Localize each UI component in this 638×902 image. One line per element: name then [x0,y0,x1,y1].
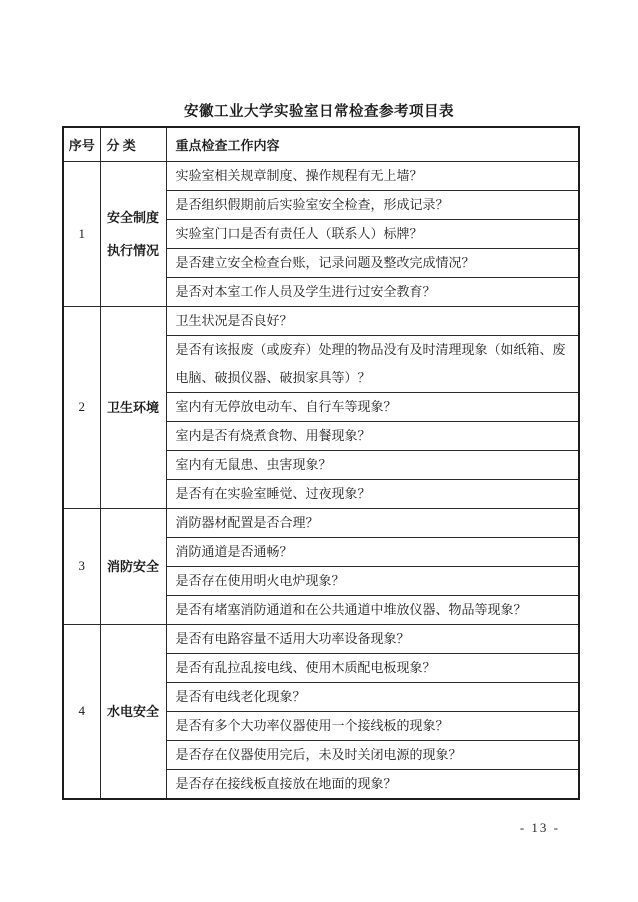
column-header-category: 分 类 [100,127,166,161]
section-number: 1 [63,161,100,306]
inspection-table: 序号 分 类 重点检查工作内容 1安全制度执行情况实验室相关规章制度、操作规程有… [62,126,580,800]
inspection-item: 是否有该报废（或废弃）处理的物品没有及时清理现象（如纸箱、废电脑、破损仪器、破损… [166,335,579,392]
section-number: 4 [63,624,100,799]
page-title: 安徽工业大学实验室日常检查参考项目表 [0,100,638,121]
section-number: 3 [63,508,100,624]
inspection-item: 室内有无停放电动车、自行车等现象？ [166,392,579,421]
page-number: - 13 - [520,820,560,836]
inspection-item: 室内是否有烧煮食物、用餐现象？ [166,421,579,450]
inspection-item: 是否有电路容量不适用大功率设备现象？ [166,624,579,653]
column-header-number: 序号 [63,127,100,161]
inspection-item: 消防通道是否通畅？ [166,537,579,566]
table-row: 3消防安全消防器材配置是否合理？ [63,508,579,537]
section-category: 消防安全 [100,508,166,624]
inspection-item: 是否对本室工作人员及学生进行过安全教育？ [166,277,579,306]
table-body: 1安全制度执行情况实验室相关规章制度、操作规程有无上墙？是否组织假期前后实验室安… [63,161,579,799]
inspection-item: 是否存在使用明火电炉现象？ [166,566,579,595]
inspection-item: 是否有乱拉乱接电线、使用木质配电板现象？ [166,653,579,682]
inspection-item: 是否有多个大功率仪器使用一个接线板的现象？ [166,711,579,740]
inspection-item: 实验室相关规章制度、操作规程有无上墙？ [166,161,579,190]
table-row: 2卫生环境卫生状况是否良好？ [63,306,579,335]
document-page: 安徽工业大学实验室日常检查参考项目表 序号 分 类 重点检查工作内容 1安全制度… [0,0,638,902]
inspection-item: 是否有堵塞消防通道和在公共通道中堆放仪器、物品等现象？ [166,595,579,624]
table-row: 1安全制度执行情况实验室相关规章制度、操作规程有无上墙？ [63,161,579,190]
inspection-item: 是否有在实验室睡觉、过夜现象？ [166,479,579,508]
inspection-item: 是否存在接线板直接放在地面的现象？ [166,769,579,799]
inspection-item: 是否组织假期前后实验室安全检查，形成记录？ [166,190,579,219]
inspection-item: 室内有无鼠患、虫害现象？ [166,450,579,479]
inspection-item: 实验室门口是否有责任人（联系人）标牌？ [166,219,579,248]
inspection-item: 是否建立安全检查台账，记录问题及整改完成情况？ [166,248,579,277]
table-header-row: 序号 分 类 重点检查工作内容 [63,127,579,161]
inspection-item: 消防器材配置是否合理？ [166,508,579,537]
section-number: 2 [63,306,100,508]
inspection-item: 是否存在仪器使用完后，未及时关闭电源的现象？ [166,740,579,769]
section-category: 水电安全 [100,624,166,799]
section-category: 安全制度执行情况 [100,161,166,306]
column-header-content: 重点检查工作内容 [166,127,579,161]
table-row: 4水电安全是否有电路容量不适用大功率设备现象？ [63,624,579,653]
inspection-item: 是否有电线老化现象？ [166,682,579,711]
section-category: 卫生环境 [100,306,166,508]
inspection-item: 卫生状况是否良好？ [166,306,579,335]
